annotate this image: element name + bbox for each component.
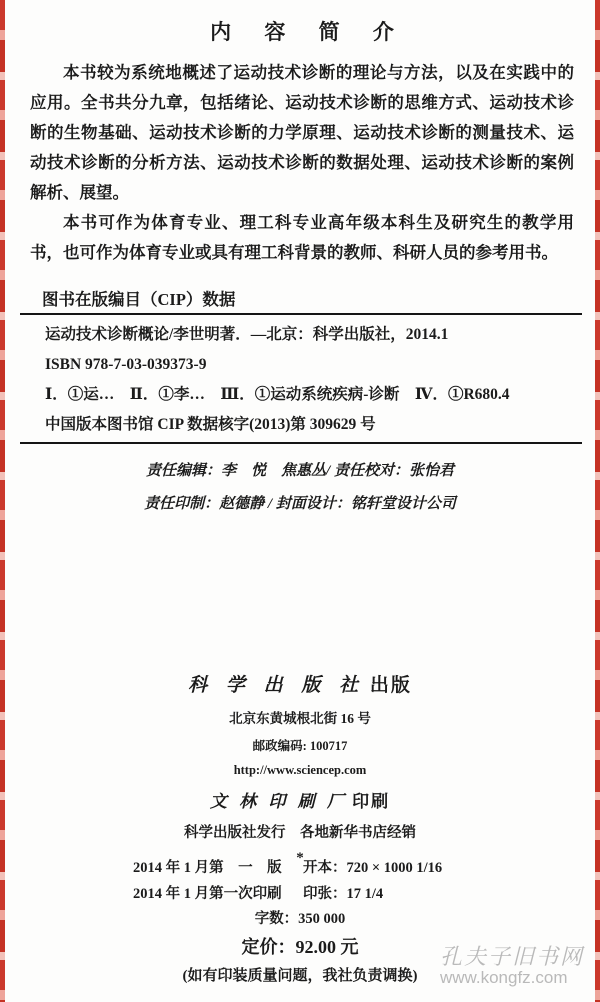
- word-count: 字数：350 000: [0, 907, 600, 932]
- format-spec: 开本：720 × 1000 1/16: [303, 855, 442, 881]
- editor-proofreader-line: 责任编辑：李 悦 焦惠丛/ 责任校对：张怡君: [0, 455, 600, 488]
- edition-row-2: 2014 年 1 月第一次印刷 印张：17 1/4: [133, 881, 600, 907]
- press-publish-label: 出版: [370, 675, 412, 696]
- edition-rows: 2014 年 1 月第 一 版 开本：720 × 1000 1/16 2014 …: [133, 855, 600, 907]
- content-summary-section: 内 容 简 介 本书较为系统地概述了运动技术诊断的理论与方法，以及在实践中的应用…: [30, 16, 574, 268]
- first-edition-date: 2014 年 1 月第 一 版: [133, 855, 303, 881]
- cip-record-number: 中国版本图书馆 CIP 数据核字(2013)第 309629 号: [45, 410, 580, 440]
- printing-cover-design-line: 责任印制：赵德静 / 封面设计：铭轩堂设计公司: [0, 488, 600, 521]
- kongfz-watermark-url: www.kongfz.com: [440, 969, 584, 988]
- copyright-page: 内 容 简 介 本书较为系统地概述了运动技术诊断的理论与方法，以及在实践中的应用…: [0, 0, 600, 1002]
- kongfz-watermark: 孔夫子旧书网 www.kongfz.com: [440, 945, 584, 988]
- summary-paragraph-2: 本书可作为体育专业、理工科专业高年级本科生及研究生的教学用书，也可作为体育专业或…: [30, 208, 574, 268]
- cip-heading: 图书在版编目（CIP）数据: [42, 286, 235, 310]
- first-printing-date: 2014 年 1 月第一次印刷: [133, 881, 303, 907]
- cip-top-rule: [20, 313, 582, 315]
- press-line: 科 学 出 版 社 出版: [0, 670, 600, 697]
- staff-credits: 责任编辑：李 悦 焦惠丛/ 责任校对：张怡君 责任印制：赵德静 / 封面设计：铭…: [0, 455, 600, 521]
- edition-row-1: 2014 年 1 月第 一 版 开本：720 × 1000 1/16: [133, 855, 600, 881]
- sheet-count: 印张：17 1/4: [303, 881, 383, 907]
- cip-data-block: 运动技术诊断概论/李世明著．—北京：科学出版社，2014.1 ISBN 978-…: [45, 320, 580, 440]
- distribution-line: 科学出版社发行 各地新华书店经销: [0, 821, 600, 842]
- press-website: http://www.sciencep.com: [0, 763, 600, 778]
- printer-line: 文 林 印 刷 厂 印刷: [0, 787, 600, 812]
- kongfz-watermark-name: 孔夫子旧书网: [440, 945, 584, 969]
- cip-title-line: 运动技术诊断概论/李世明著．—北京：科学出版社，2014.1: [45, 320, 580, 350]
- press-postcode: 邮政编码: 100717: [0, 736, 600, 754]
- cip-classification: Ⅰ．①运… Ⅱ．①李… Ⅲ．①运动系统疾病-诊断 Ⅳ．①R680.4: [45, 380, 580, 410]
- cip-bottom-rule: [20, 442, 582, 444]
- summary-paragraph-1: 本书较为系统地概述了运动技术诊断的理论与方法，以及在实践中的应用。全书共分九章，…: [30, 58, 574, 208]
- publisher-block: 科 学 出 版 社 出版 北京东黄城根北街 16 号 邮政编码: 100717 …: [0, 670, 600, 867]
- printer-print-label: 印刷: [352, 792, 390, 811]
- press-name-calligraphy: 科 学 出 版 社: [188, 675, 365, 696]
- content-summary-title: 内 容 简 介: [30, 16, 574, 46]
- cip-isbn: ISBN 978-7-03-039373-9: [45, 350, 580, 380]
- printer-name-calligraphy: 文 林 印 刷 厂: [210, 792, 348, 811]
- press-address: 北京东黄城根北街 16 号: [0, 707, 600, 727]
